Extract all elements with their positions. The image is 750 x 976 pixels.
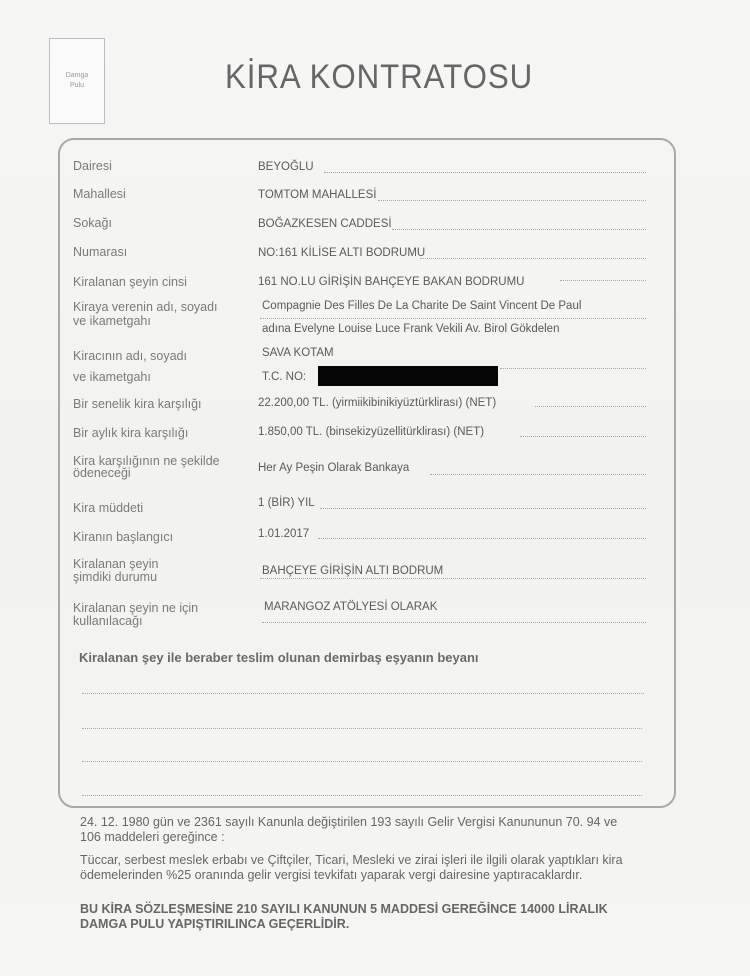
field-label-mahallesi: Mahallesi (73, 187, 126, 202)
dotted-line (392, 229, 646, 230)
field-label-start-date: Kiranın başlangıcı (73, 530, 173, 545)
field-label-sokagi: Sokağı (73, 216, 112, 231)
inventory-blank-line-1 (82, 693, 644, 694)
field-label-kiraya-veren-line2: ve ikametgahı (73, 314, 151, 329)
field-label-kiraci-line1: Kiracının adı, soyadı (73, 349, 187, 364)
dotted-line (318, 538, 646, 539)
field-value-monthly-rent: 1.850,00 TL. (binsekizyüzellitürklirası)… (258, 425, 484, 439)
dotted-line (320, 508, 646, 509)
field-label-current-state-line2: şimdiki durumu (73, 571, 157, 584)
field-value-yearly-rent: 22.200,00 TL. (yirmiikibinikiyüztürklira… (258, 396, 496, 410)
dotted-line (324, 172, 646, 173)
field-label-payment-method-line2: ödeneceği (73, 467, 131, 479)
dotted-line (560, 280, 646, 281)
law-reference-line1: 24. 12. 1980 gün ve 2361 sayılı Kanunla … (80, 815, 680, 830)
field-value-current-state: BAHÇEYE GİRİŞİN ALTI BODRUM (262, 564, 443, 578)
field-value-kiralanan-seyin-cinsi: 161 NO.LU GİRİŞİN BAHÇEYE BAKAN BODRUMU (258, 275, 524, 289)
dotted-line (260, 318, 646, 319)
field-label-kiralanan-seyin-cinsi: Kiralanan şeyin cinsi (73, 275, 187, 290)
field-label-yearly-rent: Bir senelik kira karşılığı (73, 397, 202, 412)
field-label-dairesi: Dairesi (73, 159, 112, 174)
stamp-placeholder-box: Damga Pulu (49, 38, 105, 124)
tax-withholding-line1: Tüccar, serbest meslek erbabı ve Çiftçil… (80, 853, 680, 868)
field-value-kiraya-veren-line2: adına Evelyne Louise Luce Frank Vekili A… (262, 322, 559, 336)
inventory-blank-line-3 (82, 761, 642, 762)
redacted-id-number (318, 366, 498, 386)
field-label-usage-purpose-line2: kullanılacağı (73, 615, 143, 628)
inventory-blank-line-2 (82, 728, 642, 729)
inventory-blank-line-4 (82, 795, 642, 796)
rental-contract-page: Damga Pulu KİRA KONTRATOSU Dairesi BEYOĞ… (0, 0, 750, 976)
field-label-kiraya-veren-line1: Kiraya verenin adı, soyadı (73, 300, 218, 315)
field-value-usage-purpose: MARANGOZ ATÖLYESİ OLARAK (264, 600, 437, 614)
field-label-numarasi: Numarası (73, 245, 127, 260)
dotted-line (520, 436, 646, 437)
dotted-line (262, 622, 646, 623)
law-reference-line2: 106 maddeleri gereğince : (80, 830, 680, 845)
stamp-duty-notice-line2: DAMGA PULU YAPIŞTIRILINCA GEÇERLİDİR. (80, 917, 680, 932)
dotted-line (378, 200, 646, 201)
field-label-rent-duration: Kira müddeti (73, 501, 143, 516)
field-value-kiraya-veren-line1: Compagnie Des Filles De La Charite De Sa… (262, 299, 581, 313)
dotted-line (260, 578, 646, 579)
inventory-heading: Kiralanan şey ile beraber teslim olunan … (79, 650, 479, 665)
tax-withholding-line2: ödemelerinden %25 oranında gelir vergisi… (80, 868, 680, 883)
dotted-line (535, 406, 646, 407)
field-value-rent-duration: 1 (BİR) YIL (258, 496, 315, 510)
stamp-label-line2: Pulu (70, 81, 84, 91)
field-value-kiraci-name: SAVA KOTAM (262, 346, 334, 360)
dotted-line (420, 258, 646, 259)
document-title: KİRA KONTRATOSU (225, 58, 533, 97)
stamp-duty-notice-line1: BU KİRA SÖZLEŞMESİNE 210 SAYILI KANUNUN … (80, 902, 680, 917)
field-value-payment-method: Her Ay Peşin Olarak Bankaya (258, 461, 409, 475)
field-value-numarasi: NO:161 KİLİSE ALTI BODRUMU (258, 246, 425, 260)
field-value-dairesi: BEYOĞLU (258, 160, 314, 174)
field-value-start-date: 1.01.2017 (258, 527, 309, 541)
field-value-kiraci-tc-no: T.C. NO: (262, 370, 306, 384)
dotted-line (430, 474, 646, 475)
stamp-label-line1: Damga (66, 71, 89, 81)
field-value-mahallesi: TOMTOM MAHALLESİ (258, 188, 376, 202)
field-label-kiraci-line2: ve ikametgahı (73, 370, 151, 385)
field-label-monthly-rent: Bir aylık kira karşılığı (73, 426, 188, 441)
field-value-sokagi: BOĞAZKESEN CADDESİ (258, 217, 392, 231)
dotted-line (500, 368, 646, 369)
